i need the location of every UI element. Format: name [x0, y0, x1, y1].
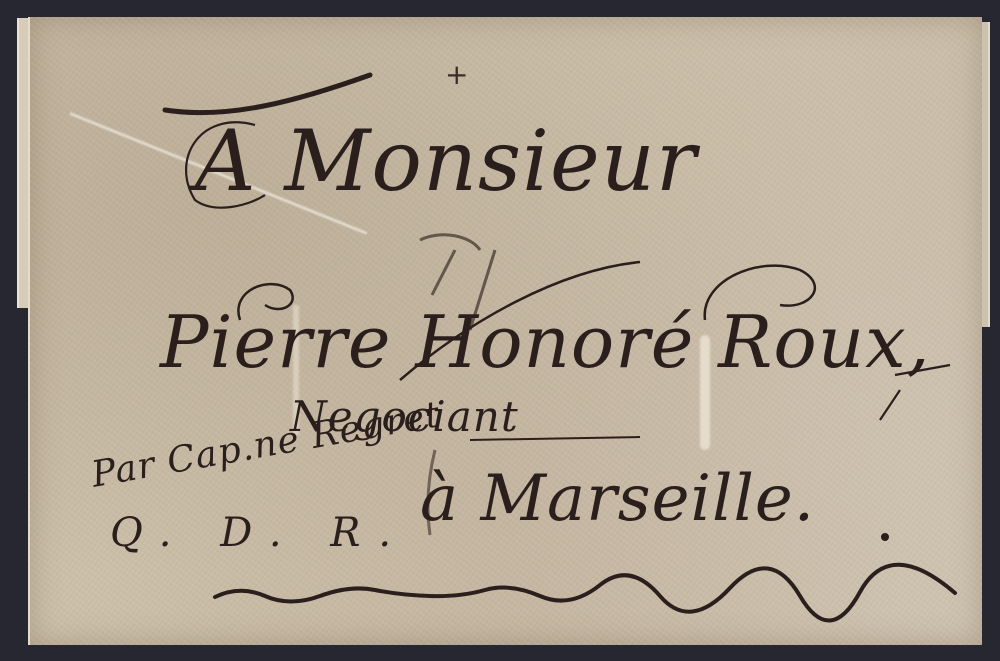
initials-endorsement: Q. D. R. — [110, 510, 409, 556]
cross-mark: + — [445, 58, 468, 91]
address-salutation: A Monsieur — [195, 112, 697, 210]
destination-city: à Marseille. — [420, 462, 815, 536]
addressee-name: Pierre Honoré Roux, — [160, 300, 931, 384]
